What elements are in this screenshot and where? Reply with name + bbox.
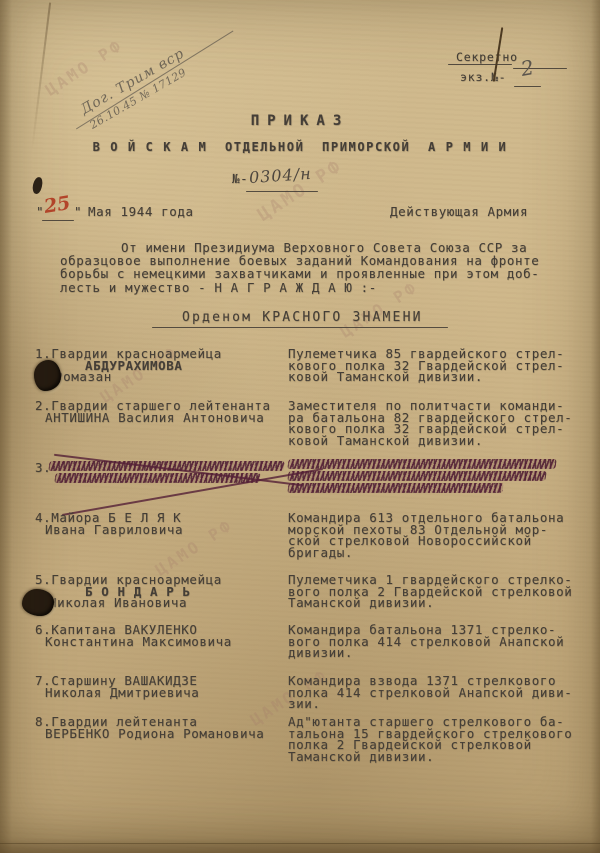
date-text: Мая 1944 года	[88, 206, 194, 218]
entry-right-line: полка 414 стрелковой Анапской диви-	[288, 687, 588, 699]
army-status: Действующая Армия	[390, 206, 528, 218]
paper-hole	[22, 589, 54, 616]
entry: 6.Капитана ВАКУЛЕНКО Константина Максимо…	[35, 624, 587, 664]
document-subtitle: В О Й С К А М ОТДЕЛЬНОЙ ПРИМОРСКОЙ А Р М…	[0, 140, 600, 154]
underline	[152, 327, 448, 328]
entry-right-line: ковой Таманской дивизии.	[288, 435, 588, 447]
entry: 5.Гвардии красноармейца Б О Н Д А Р Ь Ни…	[35, 574, 587, 614]
copy-number-handwritten: 2	[519, 55, 536, 81]
entry-number: 1.	[35, 346, 51, 361]
entry-left-line: Николая Дмитриевича	[45, 687, 287, 699]
date-day-handwritten: 25	[42, 192, 72, 218]
entry: 2.Гвардии старшего лейтенанта АНТИШИНА В…	[35, 400, 587, 450]
order-number-handwritten: 0304/н	[248, 164, 312, 187]
entry: 1.Гвардии красноармейца АБДУРАХИМОВА Ром…	[35, 348, 587, 388]
underline	[514, 86, 541, 87]
ink-blot	[31, 176, 44, 195]
underline	[42, 220, 74, 221]
underline	[448, 64, 512, 65]
entry-left-line: Николая Ивановича	[49, 597, 287, 609]
entry: 7.Старшину ВАШАКИДЗЕ Николая Дмитриевича…	[35, 675, 587, 715]
copy-label: экз.№-	[460, 70, 506, 84]
award-heading: Орденом КРАСНОГО ЗНАМЕНИ	[182, 312, 423, 324]
redacted-right-scribble	[287, 483, 503, 493]
pencil-note-line: Дог. Трим вср	[78, 19, 234, 118]
entry-left-line: Константина Максимовича	[45, 636, 287, 648]
document-page: ЦАМО РФ ЦАМО РФ ЦАМО РФ ЦАМО РФ ЦАМО РФ …	[0, 0, 600, 853]
fold-line	[0, 843, 600, 844]
entry: 4.Майора Б Е Л Я К Ивана Гавриловича Ком…	[35, 512, 587, 562]
paper-crease	[31, 2, 51, 151]
order-number-label: №-	[232, 173, 248, 185]
redacted-right-scribble	[287, 459, 556, 469]
preamble: От имени Президиума Верховного Совета Со…	[60, 241, 552, 294]
redacted-right-scribble	[287, 471, 546, 481]
entry-left-line: Ивана Гавриловича	[45, 524, 287, 536]
preamble-line: борьбы с немецкими захватчиками и проявл…	[60, 267, 552, 280]
date-quote-close: "	[74, 206, 82, 218]
entry-left-line: АНТИШИНА Василия Антоновича	[45, 412, 287, 424]
entry-redacted: 3.	[35, 461, 587, 501]
entry-right-line: бригады.	[288, 547, 588, 559]
preamble-line: лесть и мужество - Н А Г Р А Ж Д А Ю :-	[60, 281, 552, 294]
entry-right-line: Таманской дивизии.	[288, 751, 588, 763]
entry: 8.Гвардии лейтенанта ВЕРБЕНКО Родиона Ро…	[35, 716, 587, 768]
entry-left-line: АБДУРАХИМОВА	[85, 360, 287, 372]
paper-edge-bottom	[0, 838, 600, 853]
classification-label: Секретно	[456, 50, 518, 64]
date-quote-open: "	[36, 206, 44, 218]
document-title: ПРИКАЗ	[0, 113, 600, 129]
entry-left-line: ВЕРБЕНКО Родиона Романовича	[45, 728, 287, 740]
underline	[246, 191, 318, 192]
entry-number: 5.	[35, 572, 51, 587]
